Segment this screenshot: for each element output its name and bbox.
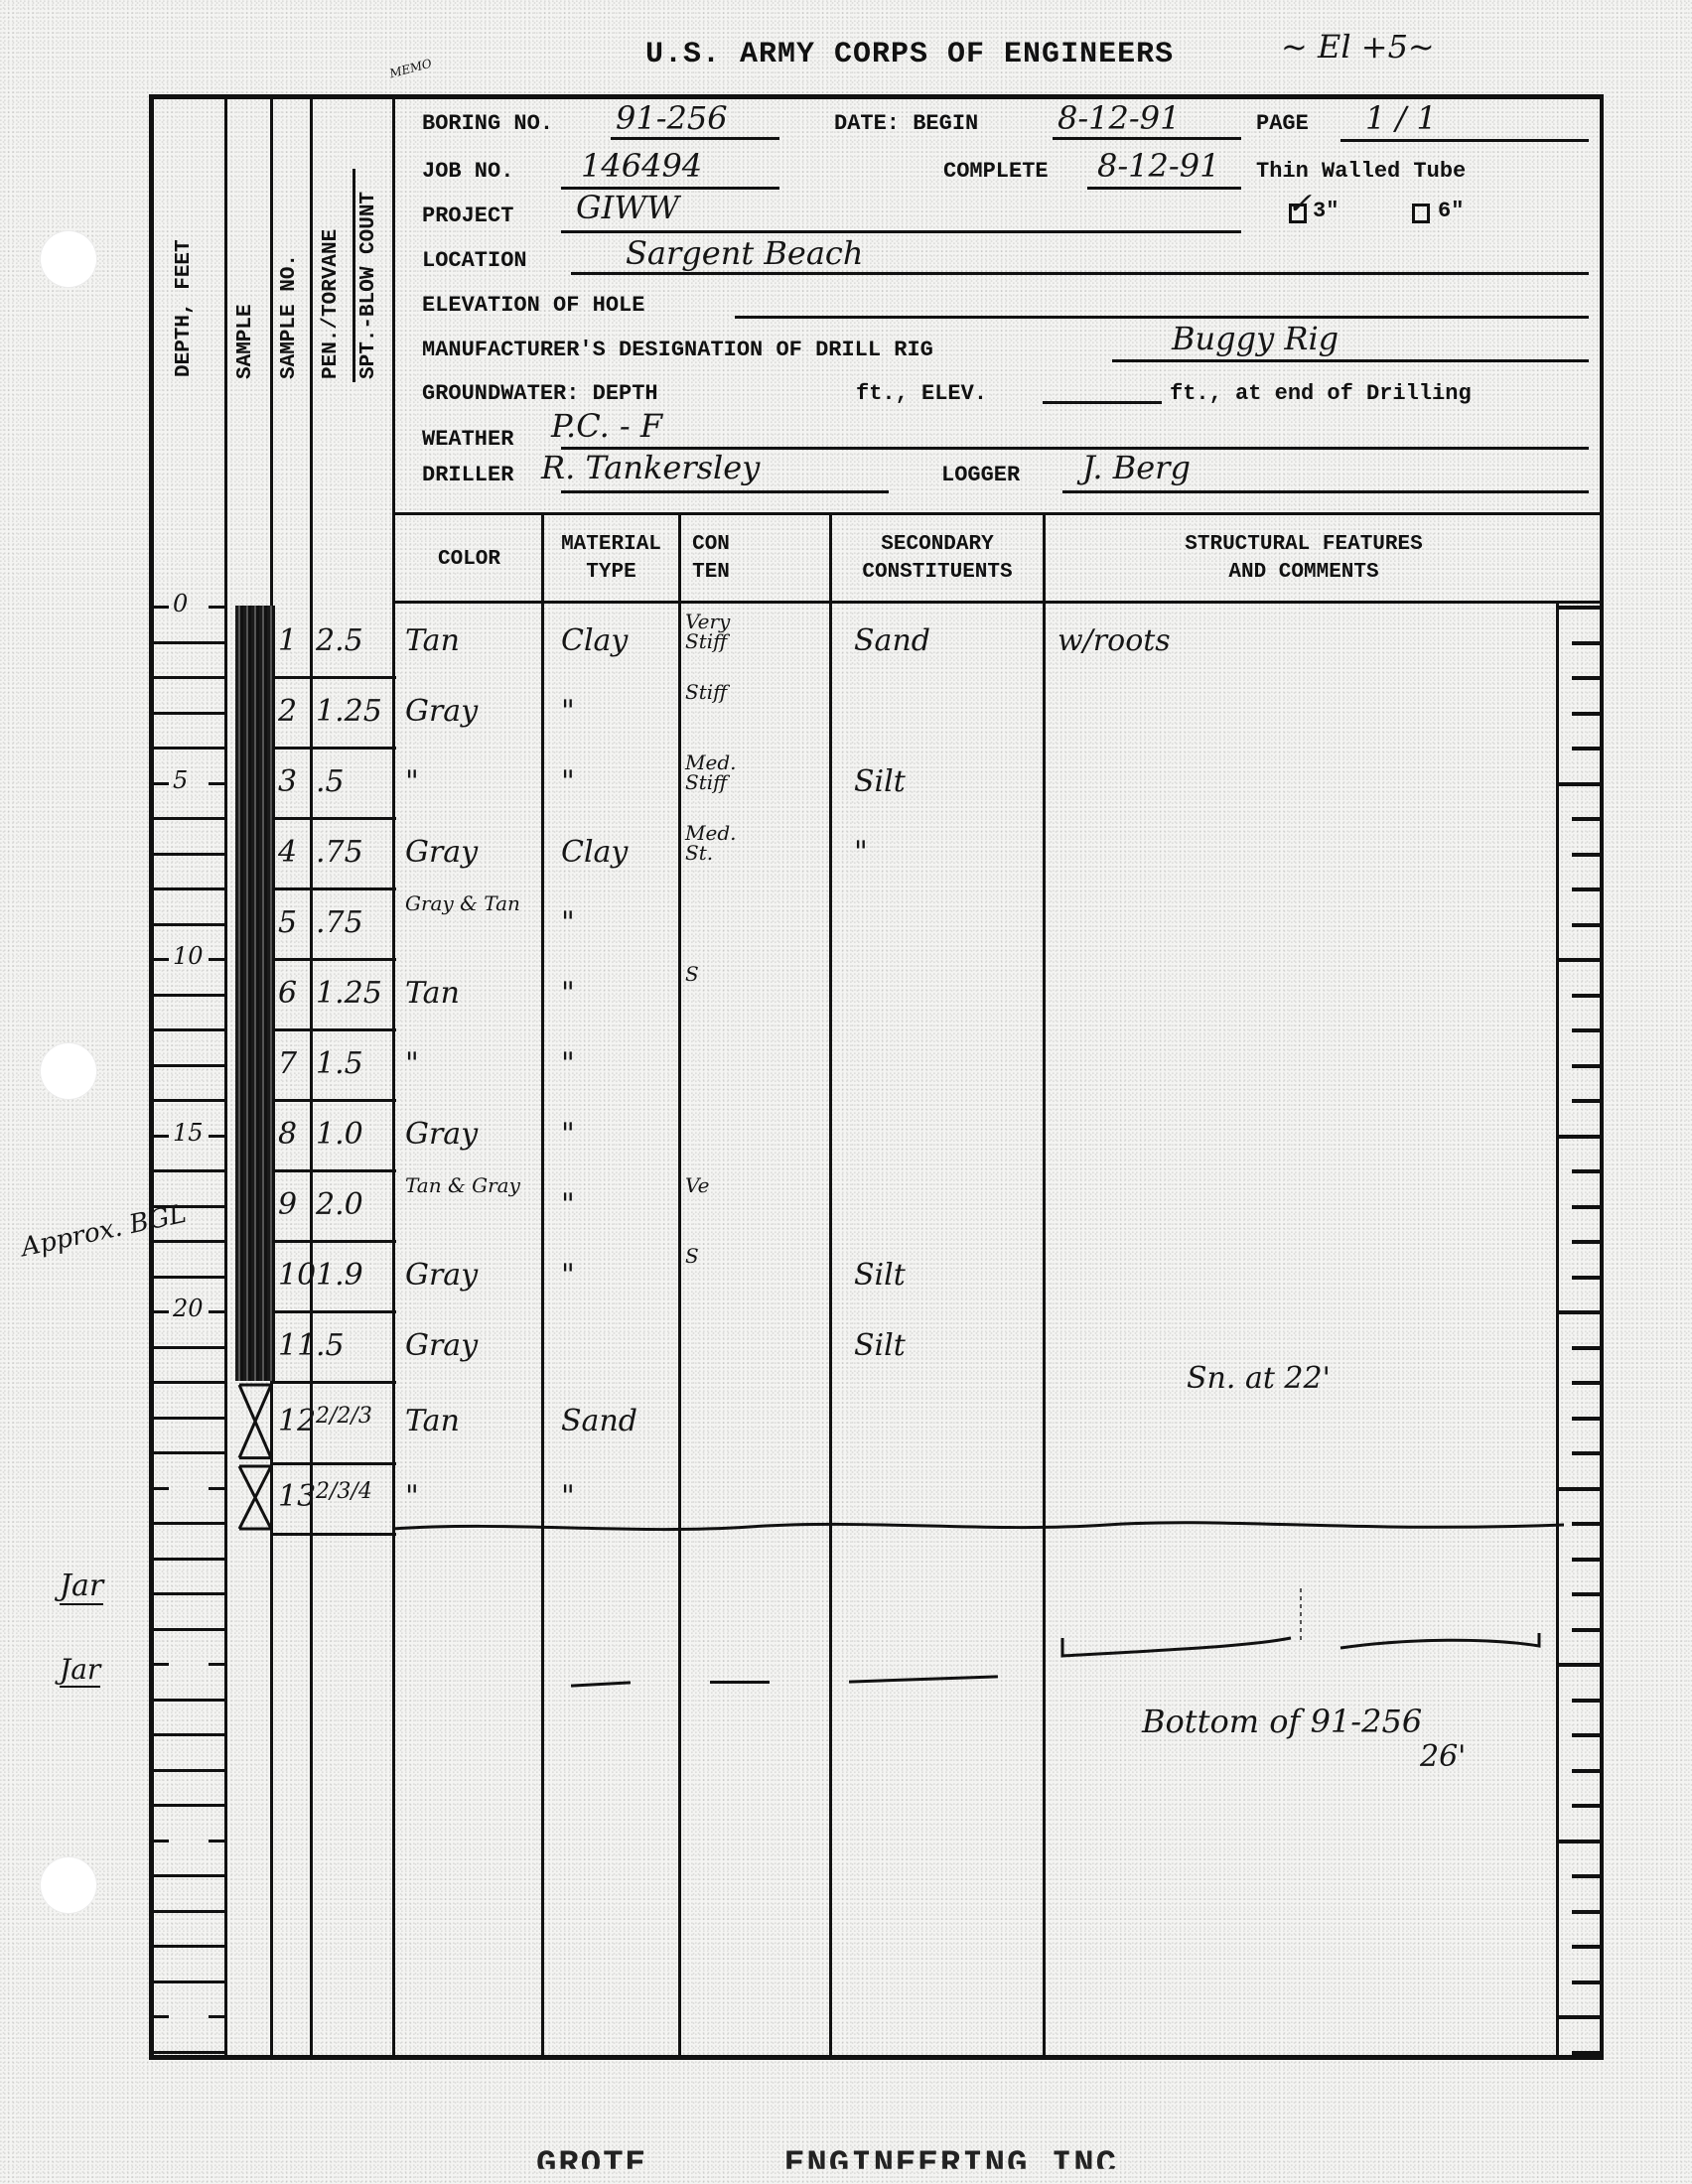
depth-tick — [1556, 2015, 1601, 2019]
stratum-boundary-line — [392, 1519, 1564, 1539]
divider — [224, 96, 227, 2058]
underline — [735, 316, 1589, 319]
divider — [310, 96, 313, 2058]
consistency-cell: Ve — [685, 1175, 740, 1195]
sample-boundary — [272, 817, 396, 820]
sample-no-cell: 2 — [278, 694, 297, 729]
comments-cell: Sn. at 22' — [1187, 1361, 1331, 1396]
bottom-depth-note: 26' — [1420, 1739, 1466, 1774]
depth-grid-line — [151, 1874, 224, 1877]
weather-label: WEATHER — [422, 427, 513, 452]
groundwater-end-label: ft., at end of Drilling — [1170, 381, 1472, 406]
depth-grid-line — [151, 958, 169, 961]
depth-grid-line — [151, 994, 224, 997]
sample-boundary — [272, 676, 396, 679]
tube-sample-fill — [235, 606, 275, 676]
depth-tick — [1572, 1417, 1600, 1421]
depth-grid-line — [151, 1487, 169, 1490]
sample-boundary — [272, 1099, 396, 1102]
depth-tick — [1572, 1628, 1600, 1632]
date-begin-value[interactable]: 8-12-91 — [1057, 99, 1180, 137]
depth-grid-line — [209, 1310, 224, 1313]
material-cell: " — [561, 1258, 575, 1293]
sample-no-column-header: SAMPLE NO. — [278, 254, 301, 379]
sample-boundary — [272, 958, 396, 961]
depth-grid-line — [209, 1663, 224, 1666]
pen-value-cell: 2.0 — [316, 1187, 363, 1222]
sample-no-cell: 9 — [278, 1187, 297, 1222]
depth-label: 10 — [173, 942, 204, 970]
depth-grid-line — [209, 1135, 224, 1138]
date-complete-label: COMPLETE — [943, 159, 1049, 184]
depth-grid-line — [151, 2015, 169, 2018]
depth-tick — [1572, 1522, 1600, 1526]
depth-grid-line — [151, 1733, 224, 1736]
underline — [1340, 139, 1589, 142]
margin-note-jar-12: Jar — [60, 1569, 103, 1605]
depth-grid-line — [209, 958, 224, 961]
groundwater-elev-field[interactable] — [1043, 401, 1162, 404]
sample-no-cell: 4 — [278, 835, 297, 870]
sample-boundary — [272, 747, 396, 750]
date-complete-value[interactable]: 8-12-91 — [1097, 147, 1219, 185]
project-value[interactable]: GIWW — [576, 189, 679, 226]
depth-tick — [1572, 747, 1600, 751]
depth-tick — [1572, 1733, 1600, 1737]
jar-sample-x-icon — [235, 1462, 275, 1533]
material-cell: " — [561, 694, 575, 729]
divider — [394, 601, 1601, 604]
divider — [392, 96, 395, 2058]
depth-grid-line — [151, 1451, 224, 1454]
binder-hole — [40, 1856, 97, 1914]
sample-boundary — [272, 887, 396, 890]
pen-value-cell: 2/3/4 — [316, 1479, 372, 1504]
color-cell: Tan — [405, 1404, 460, 1438]
pen-value-cell: .75 — [316, 905, 363, 940]
material-cell: " — [561, 905, 575, 940]
depth-grid-line — [151, 712, 224, 715]
consistency-cell: S — [685, 964, 740, 984]
sample-no-cell: 10 — [278, 1258, 316, 1293]
binder-hole — [40, 230, 97, 288]
tube-sample-fill — [235, 1169, 275, 1240]
sample-no-cell: 13 — [278, 1479, 316, 1514]
end-mark — [710, 1681, 770, 1684]
page-value[interactable]: 1 / 1 — [1365, 99, 1437, 137]
depth-label: 0 — [173, 590, 188, 617]
agency-title: U.S. ARMY CORPS OF ENGINEERS — [645, 38, 1174, 71]
sample-no-cell: 1 — [278, 623, 297, 658]
depth-grid-line — [151, 1628, 224, 1631]
driller-label: DRILLER — [422, 463, 513, 487]
location-value[interactable]: Sargent Beach — [626, 234, 863, 272]
consistency-cell: Stiff — [685, 682, 740, 702]
depth-grid-line — [151, 853, 224, 856]
secondary-column-header-2: CONSTITUENTS — [832, 559, 1043, 587]
depth-grid-line — [151, 676, 224, 679]
depth-tick — [1572, 1169, 1600, 1173]
secondary-cell: Sand — [854, 623, 930, 658]
depth-grid-line — [151, 1381, 224, 1384]
pen-value-cell: 2/2/3 — [316, 1404, 372, 1429]
depth-tick — [1572, 1240, 1600, 1244]
depth-grid-line — [151, 1522, 224, 1525]
logger-label: LOGGER — [941, 463, 1020, 487]
location-label: LOCATION — [422, 248, 527, 273]
material-cell: " — [561, 1187, 575, 1222]
jar-sample-x-icon — [235, 1381, 275, 1462]
depth-tick — [1572, 676, 1600, 680]
sample-boundary — [272, 1240, 396, 1243]
depth-tick — [1572, 853, 1600, 857]
job-no-label: JOB NO. — [422, 159, 513, 184]
underline — [1112, 359, 1589, 362]
material-cell: Clay — [561, 623, 628, 658]
bottom-of-boring-note: Bottom of 91-256 — [1142, 1703, 1422, 1740]
depth-grid-line — [209, 782, 224, 785]
depth-grid-line — [151, 1310, 169, 1313]
color-cell: " — [405, 1046, 419, 1081]
tube-3in-label: 3" — [1313, 199, 1339, 223]
sample-boundary — [272, 1169, 396, 1172]
stamp-note: MEMO — [388, 57, 433, 81]
depth-tick — [1556, 1487, 1601, 1491]
depth-tick — [1556, 1840, 1601, 1843]
consistency-cell: S — [685, 1246, 740, 1266]
depth-grid-line — [151, 641, 224, 644]
footer-company-left: GROTE — [536, 2146, 647, 2184]
structural-column-header-2: AND COMMENTS — [1046, 559, 1562, 587]
corner-handwritten-note: ~ El +5~ — [1281, 28, 1435, 66]
depth-grid-line — [209, 1487, 224, 1490]
depth-tick — [1572, 1592, 1600, 1596]
sample-column-header: SAMPLE — [234, 304, 257, 379]
depth-tick — [1556, 1135, 1601, 1139]
underline — [611, 137, 779, 140]
depth-tick — [1572, 923, 1600, 927]
material-cell: " — [561, 1117, 575, 1152]
depth-grid-line — [151, 1240, 224, 1243]
underline — [1062, 490, 1589, 493]
depth-grid-line — [151, 817, 224, 820]
tube-sample-fill — [235, 676, 275, 747]
depth-tick — [1572, 1769, 1600, 1773]
groundwater-ft-elev-label: ft., ELEV. — [856, 381, 987, 406]
depth-grid-line — [151, 1980, 224, 1983]
depth-grid-line — [151, 1064, 224, 1067]
secondary-cell: " — [854, 835, 868, 870]
sample-boundary — [272, 1028, 396, 1031]
secondary-cell: Silt — [854, 1328, 906, 1363]
footer-company-right: ENGINEERING INC — [784, 2146, 1118, 2184]
material-cell: " — [561, 976, 575, 1011]
drill-rig-value[interactable]: Buggy Rig — [1172, 320, 1339, 357]
color-column-header: COLOR — [397, 546, 541, 574]
groundwater-label: GROUNDWATER: DEPTH — [422, 381, 658, 406]
weather-value[interactable]: P.C. - F — [551, 407, 662, 445]
pen-value-cell: .75 — [316, 835, 363, 870]
material-cell: " — [561, 1046, 575, 1081]
color-cell: Tan — [405, 623, 460, 658]
depth-tick — [1572, 817, 1600, 821]
underline — [561, 490, 889, 493]
tube-sample-fill — [235, 747, 275, 817]
secondary-cell: Silt — [854, 1258, 906, 1293]
bracket-mark — [1053, 1588, 1549, 1668]
tube-sample-fill — [235, 1099, 275, 1169]
depth-grid-line — [151, 1169, 224, 1172]
pen-value-cell: .5 — [316, 764, 345, 799]
depth-tick — [1572, 1699, 1600, 1703]
color-cell: Tan — [405, 976, 460, 1011]
depth-tick — [1572, 1276, 1600, 1280]
depth-tick — [1572, 1910, 1600, 1914]
depth-grid-line — [151, 1276, 224, 1279]
underline — [1087, 187, 1241, 190]
depth-tick — [1572, 1980, 1600, 1984]
depth-tick — [1572, 2051, 1600, 2055]
depth-grid-line — [151, 887, 224, 890]
depth-grid-line — [151, 1028, 224, 1031]
underline — [571, 272, 1589, 275]
depth-grid-line — [151, 747, 224, 750]
sample-boundary — [272, 1381, 396, 1384]
divider — [829, 514, 832, 2058]
depth-grid-line — [151, 1840, 169, 1843]
depth-tick — [1572, 712, 1600, 716]
depth-tick — [1572, 1874, 1600, 1878]
date-begin-label: DATE: BEGIN — [834, 111, 978, 136]
sample-boundary — [272, 1310, 396, 1313]
boring-no-label: BORING NO. — [422, 111, 553, 136]
underline — [1053, 137, 1241, 140]
depth-tick — [1572, 1381, 1600, 1385]
secondary-cell: Silt — [854, 764, 906, 799]
depth-grid-line — [151, 1417, 224, 1420]
secondary-column-header: SECONDARY — [832, 531, 1043, 559]
divider — [394, 512, 1601, 515]
depth-grid-line — [151, 1699, 224, 1702]
material-cell: Clay — [561, 835, 628, 870]
depth-grid-line — [151, 1558, 224, 1561]
tube-6in-label: 6" — [1438, 199, 1464, 223]
sample-no-cell: 8 — [278, 1117, 297, 1152]
depth-tick — [1556, 606, 1601, 610]
pen-value-cell: .5 — [316, 1328, 345, 1363]
consistency-column-header-2: TEN — [681, 559, 741, 587]
depth-grid-line — [209, 1840, 224, 1843]
depth-tick — [1572, 1064, 1600, 1068]
sample-no-cell: 12 — [278, 1404, 316, 1438]
pen-value-cell: 2.5 — [316, 623, 363, 658]
depth-label: 20 — [173, 1295, 204, 1322]
depth-grid-line — [151, 1346, 224, 1349]
material-cell: Sand — [561, 1404, 637, 1438]
color-cell: Gray — [405, 694, 478, 729]
binder-hole — [40, 1042, 97, 1100]
boring-no-value[interactable]: 91-256 — [616, 99, 728, 137]
depth-tick — [1572, 887, 1600, 891]
comments-cell: w/roots — [1057, 623, 1171, 658]
depth-tick — [1572, 641, 1600, 645]
pen-torvane-column-header: PEN./TORVANE — [320, 229, 343, 379]
depth-tick — [1556, 1663, 1601, 1667]
consistency-cell: Med. Stiff — [685, 752, 740, 792]
depth-grid-line — [151, 1135, 169, 1138]
spt-blow-count-column-header: SPT.-BLOW COUNT — [357, 192, 380, 379]
depth-grid-line — [151, 1099, 224, 1102]
color-cell: Gray — [405, 1258, 478, 1293]
logger-value[interactable]: J. Berg — [1082, 449, 1191, 486]
depth-tick — [1572, 1558, 1600, 1562]
drill-rig-label: MANUFACTURER'S DESIGNATION OF DRILL RIG — [422, 338, 933, 362]
elevation-label: ELEVATION OF HOLE — [422, 293, 644, 318]
depth-tick — [1572, 1945, 1600, 1949]
color-cell: Gray & Tan — [405, 893, 534, 913]
depth-grid-line — [151, 1592, 224, 1595]
pen-value-cell: 1.0 — [316, 1117, 363, 1152]
structural-column-header: STRUCTURAL FEATURES — [1046, 531, 1562, 559]
depth-tick — [1572, 1346, 1600, 1350]
consistency-cell: Very Stiff — [685, 612, 740, 651]
header-divider — [352, 169, 355, 382]
depth-tick — [1556, 958, 1601, 962]
depth-tick — [1572, 1205, 1600, 1209]
depth-grid-line — [151, 1663, 169, 1666]
color-cell: Tan & Gray — [405, 1175, 534, 1195]
depth-grid-line — [151, 782, 169, 785]
underline — [561, 230, 1241, 233]
consistency-column-header: CON — [681, 531, 741, 559]
pen-value-cell: 1.25 — [316, 976, 382, 1011]
consistency-cell: Med. St. — [685, 823, 740, 863]
depth-tick — [1572, 1099, 1600, 1103]
depth-tick — [1572, 994, 1600, 998]
depth-tick — [1572, 1804, 1600, 1808]
sample-boundary — [272, 1462, 396, 1465]
tube-type-label: Thin Walled Tube — [1256, 159, 1466, 184]
sample-no-cell: 6 — [278, 976, 297, 1011]
depth-label: 5 — [173, 766, 188, 794]
depth-grid-line — [151, 1769, 224, 1772]
check-mark-icon: ✓ — [1287, 187, 1312, 221]
color-cell: Gray — [405, 835, 478, 870]
margin-note-jar-13: Jar — [60, 1653, 100, 1688]
material-column-header: MATERIAL — [544, 531, 678, 559]
depth-grid-line — [209, 2015, 224, 2018]
sample-no-cell: 3 — [278, 764, 297, 799]
color-cell: " — [405, 1479, 419, 1514]
tube-sample-fill — [235, 817, 275, 887]
tube-sample-fill — [235, 1028, 275, 1099]
color-cell: Gray — [405, 1328, 478, 1363]
depth-grid-line — [151, 1804, 224, 1807]
sample-no-cell: 11 — [278, 1328, 316, 1363]
depth-grid-line — [151, 1910, 224, 1913]
depth-tick — [1572, 1028, 1600, 1032]
material-cell: " — [561, 1479, 575, 1514]
sample-boundary — [272, 1533, 396, 1536]
sample-no-cell: 7 — [278, 1046, 297, 1081]
material-column-header-2: TYPE — [544, 559, 678, 587]
depth-grid-line — [151, 606, 169, 609]
tube-sample-fill — [235, 1310, 275, 1381]
depth-grid-line — [151, 1945, 224, 1948]
divider — [1043, 514, 1046, 2058]
divider — [541, 514, 544, 2058]
color-cell: " — [405, 764, 419, 799]
color-cell: Gray — [405, 1117, 478, 1152]
project-label: PROJECT — [422, 204, 513, 228]
pen-value-cell: 1.5 — [316, 1046, 363, 1081]
job-no-value[interactable]: 146494 — [581, 147, 702, 185]
depth-label: 15 — [173, 1119, 204, 1147]
depth-column-header: DEPTH, FEET — [173, 239, 196, 377]
depth-tick — [1572, 1451, 1600, 1455]
driller-value[interactable]: R. Tankersley — [541, 449, 760, 486]
tube-sample-fill — [235, 1240, 275, 1310]
depth-tick — [1556, 782, 1601, 786]
depth-grid-line — [151, 923, 224, 926]
depth-grid-line — [209, 606, 224, 609]
tube-6in-checkbox[interactable] — [1412, 204, 1430, 223]
divider — [678, 514, 681, 2058]
tube-sample-fill — [235, 887, 275, 958]
pen-value-cell: 1.25 — [316, 694, 382, 729]
tube-sample-fill — [235, 958, 275, 1028]
depth-grid-line — [151, 2051, 224, 2054]
depth-tick — [1556, 1310, 1601, 1314]
sample-no-cell: 5 — [278, 905, 297, 940]
page-label: PAGE — [1256, 111, 1309, 136]
material-cell: " — [561, 764, 575, 799]
pen-value-cell: 1.9 — [316, 1258, 363, 1293]
